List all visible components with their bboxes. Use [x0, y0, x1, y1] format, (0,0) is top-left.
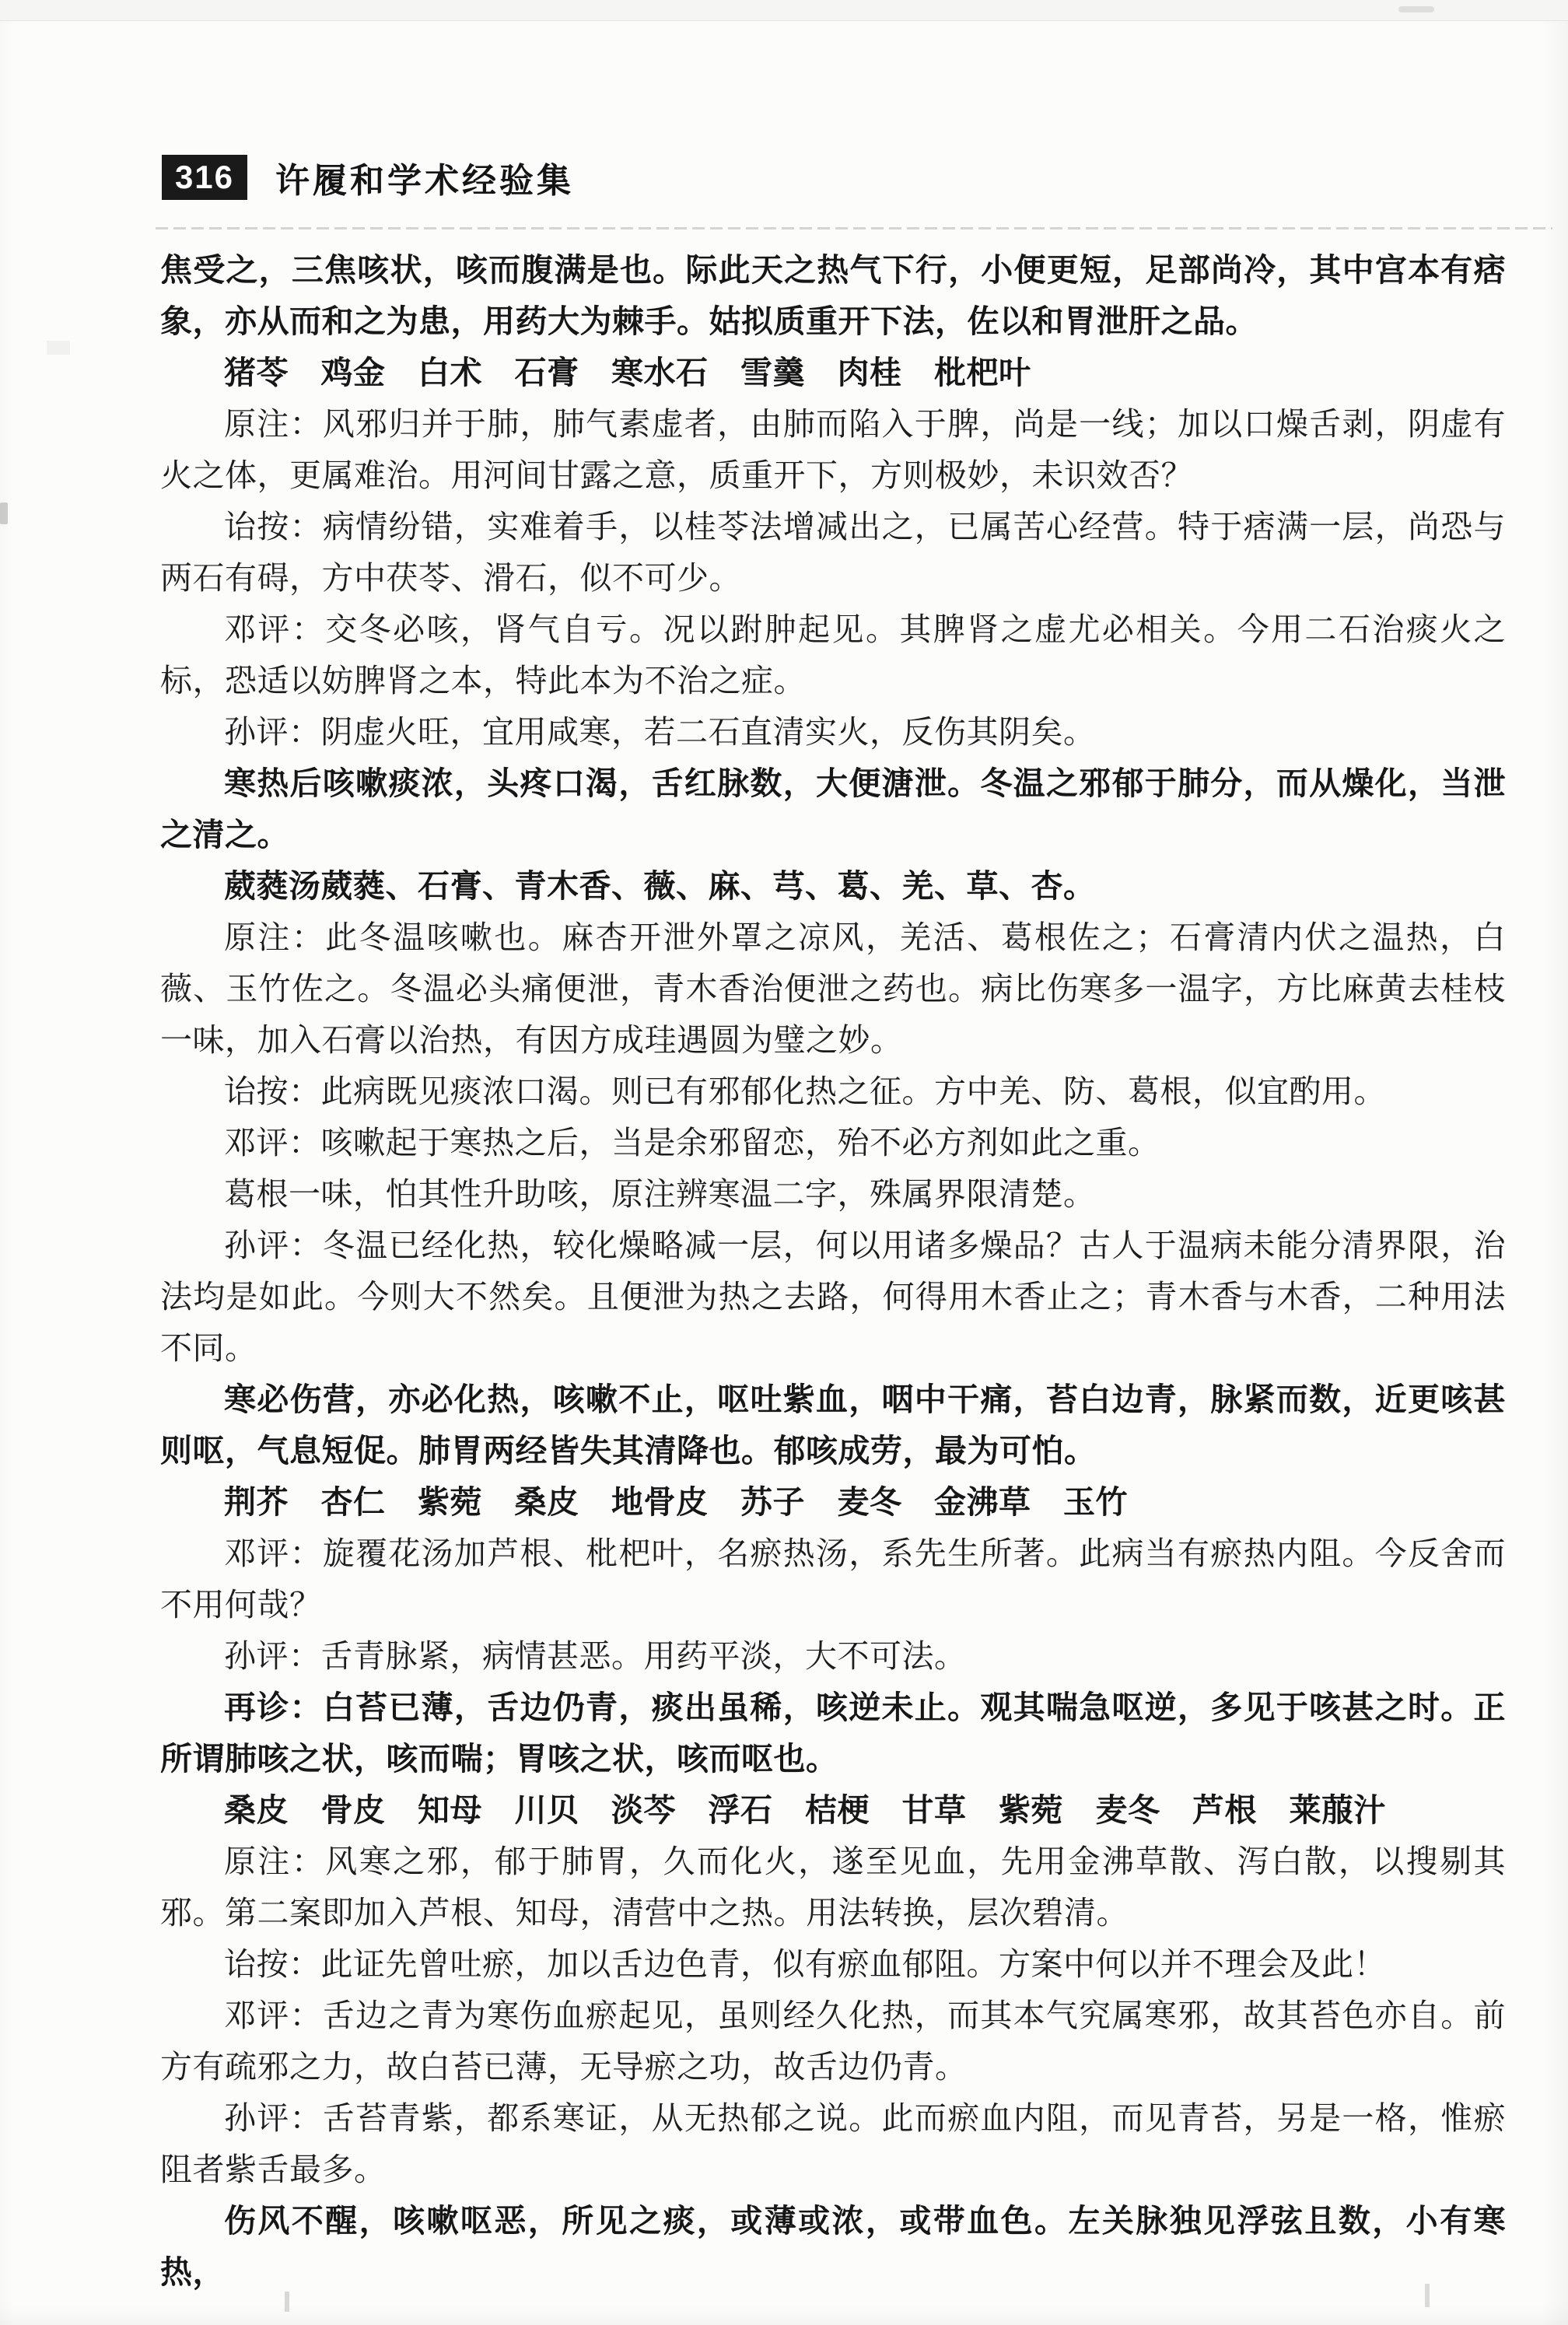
paragraph: 荆芥 杏仁 紫菀 桑皮 地骨皮 苏子 麦冬 金沸草 玉竹: [160, 1476, 1506, 1528]
paragraph: 葛根一味，怕其性升助咳，原注辨寒温二字，殊属界限清楚。: [160, 1168, 1506, 1220]
paragraph: 原注：此冬温咳嗽也。麻杏开泄外罩之凉风，羌活、葛根佐之；石膏清内伏之温热，白薇、…: [160, 912, 1506, 1066]
paragraph: 桑皮 骨皮 知母 川贝 淡芩 浮石 桔梗 甘草 紫菀 麦冬 芦根 莱菔汁: [160, 1784, 1506, 1836]
paragraph: 葳蕤汤葳蕤、石膏、青木香、薇、麻、芎、葛、羌、草、杏。: [160, 860, 1506, 912]
paragraph: 诒按：此证先曾吐瘀，加以舌边色青，似有瘀血郁阻。方案中何以并不理会及此！: [160, 1938, 1506, 1990]
paragraph: 寒热后咳嗽痰浓，头疼口渴，舌红脉数，大便溏泄。冬温之邪郁于肺分，而从燥化，当泄之…: [160, 758, 1506, 860]
paragraph: 再诊：白苔已薄，舌边仍青，痰出虽稀，咳逆未止。观其喘急呕逆，多见于咳甚之时。正所…: [160, 1682, 1506, 1784]
paragraph: 孙评：阴虚火旺，宜用咸寒，若二石直清实火，反伤其阴矣。: [160, 706, 1506, 758]
paragraph: 伤风不醒，咳嗽呕恶，所见之痰，或薄或浓，或带血色。左关脉独见浮弦且数，小有寒热，: [160, 2195, 1506, 2298]
paragraph: 孙评：舌青脉紧，病情甚恶。用药平淡，大不可法。: [160, 1630, 1506, 1682]
header-divider: [156, 227, 1552, 229]
paragraph: 邓评：旋覆花汤加芦根、枇杷叶，名瘀热汤，系先生所著。此病当有瘀热内阻。今反舍而不…: [160, 1528, 1506, 1630]
page-body: 焦受之，三焦咳状，咳而腹满是也。际此天之热气下行，小便更短，足部尚冷，其中宫本有…: [160, 244, 1506, 2298]
paragraph: 邓评：交冬必咳，肾气自亏。况以跗肿起见。其脾肾之虚尤必相关。今用二石治痰火之标，…: [160, 604, 1506, 706]
page-header: 316 许履和学术经验集: [162, 152, 574, 202]
paragraph: 邓评：咳嗽起于寒热之后，当是余邪留恋，殆不必方剂如此之重。: [160, 1117, 1506, 1168]
paragraph: 孙评：舌苔青紫，都系寒证，从无热郁之说。此而瘀血内阻，而见青苔，另是一格，惟瘀阻…: [160, 2092, 1506, 2195]
scan-artifact-mid-left: [47, 341, 70, 355]
book-page-scan: 316 许履和学术经验集 焦受之，三焦咳状，咳而腹满是也。际此天之热气下行，小便…: [0, 0, 1568, 2325]
paragraph: 诒按：病情纷错，实难着手，以桂苓法增减出之，已属苦心经营。特于痞满一层，尚恐与两…: [160, 501, 1506, 604]
scan-artifact-left-edge: [0, 502, 8, 524]
paragraph: 孙评：冬温已经化热，较化燥略减一层，何以用诸多燥品？古人于温病未能分清界限，治法…: [160, 1220, 1506, 1374]
page-number-badge: 316: [162, 155, 247, 200]
paragraph: 邓评：舌边之青为寒伤血瘀起见，虽则经久化热，而其本气究属寒邪，故其苔色亦自。前方…: [160, 1990, 1506, 2092]
paragraph: 原注：风寒之邪，郁于肺胃，久而化火，遂至见血，先用金沸草散、泻白散，以搜剔其邪。…: [160, 1836, 1506, 1938]
page-number: 316: [175, 159, 234, 195]
paragraph: 原注：风邪归并于肺，肺气素虚者，由肺而陷入于脾，尚是一线；加以口燥舌剥，阴虚有火…: [160, 398, 1506, 501]
paragraph: 焦受之，三焦咳状，咳而腹满是也。际此天之热气下行，小便更短，足部尚冷，其中宫本有…: [160, 244, 1506, 347]
paragraph: 诒按：此病既见痰浓口渴。则已有邪郁化热之征。方中羌、防、葛根，似宜酌用。: [160, 1066, 1506, 1117]
paragraph: 猪苓 鸡金 白术 石膏 寒水石 雪羹 肉桂 枇杷叶: [160, 347, 1506, 398]
book-title: 许履和学术经验集: [275, 152, 574, 202]
paragraph: 寒必伤营，亦必化热，咳嗽不止，呕吐紫血，咽中干痛，苔白边青，脉紧而数，近更咳甚则…: [160, 1374, 1506, 1476]
scan-top-edge: [0, 0, 1568, 21]
